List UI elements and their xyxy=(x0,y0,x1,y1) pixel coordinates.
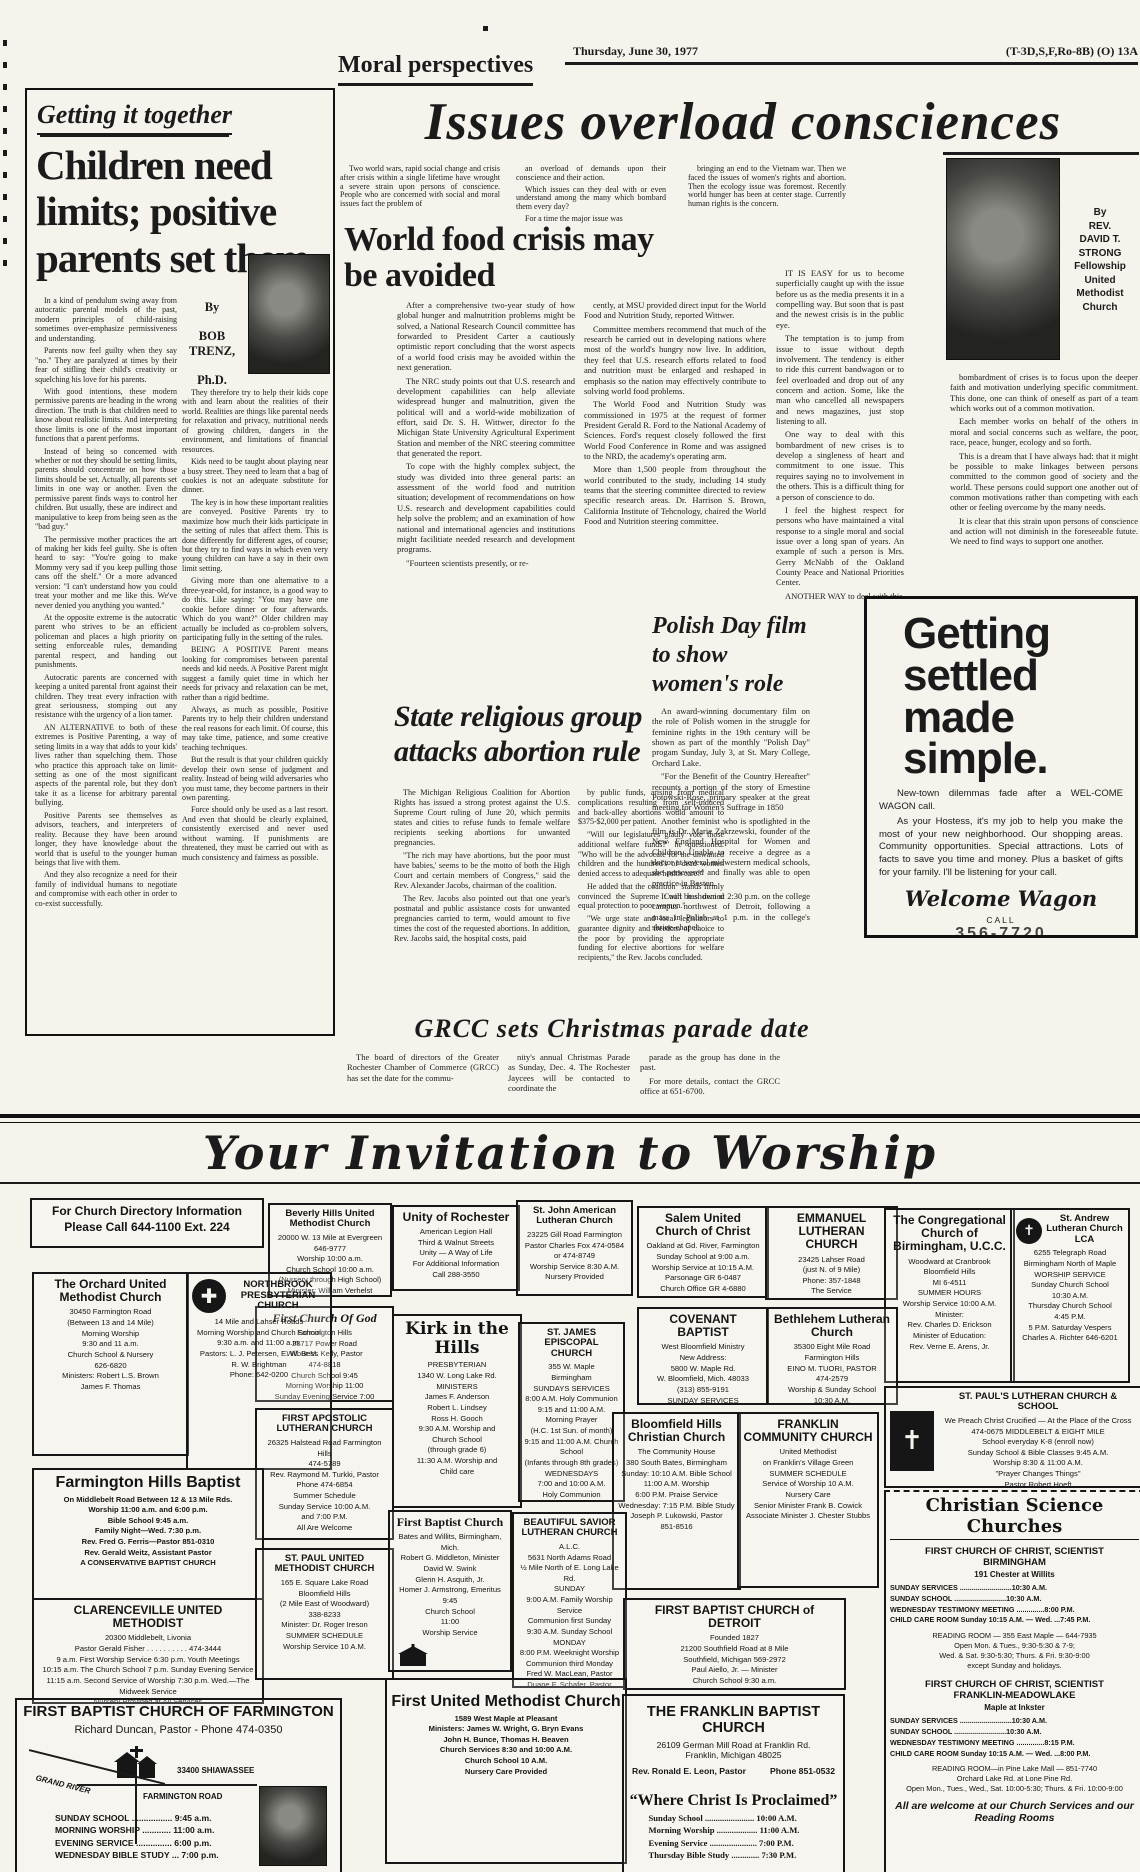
paragraph: It will be shown at 2:30 p.m. on the col… xyxy=(652,891,810,932)
text-line: 851-8516 xyxy=(618,1522,735,1533)
paragraph: Instead of being so concerned with wheth… xyxy=(35,447,177,532)
text-line: 165 E. Square Lake Road xyxy=(261,1578,388,1589)
text-line: 8:00 A.M. Holy Communion xyxy=(524,1394,619,1405)
text-line: 21200 Southfield Road at 8 Mile xyxy=(629,1644,840,1655)
text-line: Wed. & Sat. 9:30-5:30; Thurs. & Fri. 9:3… xyxy=(890,1651,1139,1661)
strong-credit: ByREV.DAVID T.STRONGFellowshipUnitedMeth… xyxy=(1062,206,1138,314)
text-line: Nursery Provided xyxy=(522,1272,627,1283)
text-line: 5 P.M. Saturday Vespers xyxy=(1016,1323,1124,1334)
text-line: except Sunday and holidays. xyxy=(890,1661,1139,1671)
text-line: Bates and Willits, Birmingham, Mich. xyxy=(394,1532,506,1553)
text-line: (through grade 6) xyxy=(398,1445,516,1456)
text-line: 5631 North Adams Road xyxy=(518,1553,621,1564)
church-covenant-baptist: COVENANT BAPTIST West Bloomfield Ministr… xyxy=(637,1307,769,1405)
text-line: 5800 W. Maple Rd. xyxy=(643,1364,763,1375)
church-emmanuel-lutheran: EMMANUEL LUTHERAN CHURCH 23425 Lahser Ro… xyxy=(765,1206,898,1300)
text-line: Ross H. Gooch xyxy=(398,1414,516,1425)
paragraph: The temptation is to jump from issue to … xyxy=(776,333,904,426)
article-children-need-limits: Getting it together Children need limits… xyxy=(25,88,335,1036)
text-line: Wednesday: 7:15 P.M. Bible Study xyxy=(618,1501,735,1512)
text-line: The Community House xyxy=(618,1447,735,1458)
text-line: 30450 Farmington Road xyxy=(38,1307,183,1318)
article-kicker: Getting it together xyxy=(37,100,232,135)
text-line: W. Bloomfield, Mich. 48033 xyxy=(643,1374,763,1385)
text-line: EVENING SERVICE ............... 6:00 p.m… xyxy=(55,1837,230,1849)
text-line: 7:00 and 10:00 A.M. xyxy=(524,1479,619,1490)
text-line: 10:30 A.M. xyxy=(772,1396,892,1406)
text-line: STRONG xyxy=(1062,247,1138,261)
text-line: Minister: Dr. Roger Ireson xyxy=(261,1620,388,1631)
text-line: and 7:00 P.M. xyxy=(261,1512,388,1523)
text-line: SUNDAY SCHOOL ..........................… xyxy=(890,1594,1139,1605)
text-line: 9:15 and 11:00 A.M. Morning Prayer xyxy=(524,1405,619,1426)
christian-science-header: Christian Science Churches xyxy=(890,1495,1139,1540)
paragraph: The Michigan Religious Coalition for Abo… xyxy=(394,788,570,848)
paragraph: The World Food and Nutrition Study was c… xyxy=(584,399,766,461)
text-line: Worship 8:30 & 11:00 A.M. xyxy=(940,1458,1136,1469)
text-line: 9:00 A.M. Family Worship Service xyxy=(518,1595,621,1616)
paragraph: An award-winning documentary film on the… xyxy=(652,706,810,768)
polish-headline: Polish Day film to show women's role xyxy=(652,612,820,698)
st-pauls-cross-icon: ✝ xyxy=(890,1411,934,1471)
text-line: Founded 1827 xyxy=(629,1633,840,1644)
church-bloomfield-hills-christian: Bloomfield Hills Christian Church The Co… xyxy=(612,1412,741,1590)
text-line: WORSHIP SERVICE xyxy=(1016,1270,1124,1281)
text-line: James F. Thomas xyxy=(38,1382,183,1393)
text-line: SUMMER SCHEDULE xyxy=(743,1469,873,1480)
text-line: MORNING WORSHIP ............ 11:00 a.m. xyxy=(55,1824,230,1836)
text-line: Thursday Bible Study ............. 7:30 … xyxy=(649,1849,819,1861)
text-line: New Address: xyxy=(643,1353,763,1364)
paragraph: Another feminist who is spotlighted in t… xyxy=(652,816,810,889)
church-franklin-baptist: THE FRANKLIN BAPTIST CHURCH 26109 German… xyxy=(622,1694,845,1872)
text-line: Nursery Care xyxy=(743,1490,873,1501)
issues-intro-col1: Two world wars, rapid social change and … xyxy=(340,165,500,223)
text-line: Methodist xyxy=(1062,287,1138,301)
text-line: Charles A. Richter 646-6201 xyxy=(1016,1333,1124,1344)
text-line: 9:30 A.M. Sunday School xyxy=(518,1627,621,1638)
paragraph: To cope with the highly complex subject,… xyxy=(397,461,575,554)
text-line: Church School 9:30 a.m. xyxy=(629,1676,840,1687)
text-line: Ministers: Robert L.S. Brown xyxy=(38,1371,183,1382)
text-line: Nursery Care Provided xyxy=(391,1767,621,1778)
church-st-john-american-lutheran: St. John American Lutheran Church 23225 … xyxy=(516,1200,633,1296)
church-salem-ucc: Salem United Church of Christ Oakland at… xyxy=(637,1206,769,1298)
paragraph: But the result is that your children qui… xyxy=(182,755,328,802)
text-line: Bloomfield Hills xyxy=(261,1589,388,1600)
food-col1: After a comprehensive two-year study of … xyxy=(397,300,575,664)
ad-para2: As your Hostess, it's my job to help you… xyxy=(879,816,1123,880)
text-line: ½ Mile North of E. Long Lake Rd. xyxy=(518,1563,621,1584)
text-line: School everyday K-8 (enroll now) xyxy=(940,1437,1136,1448)
paragraph: cently, at MSU provided direct input for… xyxy=(584,300,766,321)
text-line: Worship 10:00 a.m. xyxy=(274,1254,386,1265)
fbcf-schedule: SUNDAY SCHOOL ................. 9:45 a.m… xyxy=(55,1812,230,1862)
text-line: Birmingham North of Maple xyxy=(1016,1259,1124,1270)
newspaper-page: { "page": { "date": "Thursday, June 30, … xyxy=(0,0,1140,1872)
print-dot xyxy=(483,26,488,31)
church-farmington-hills-baptist: Farmington Hills Baptist On Middlebelt R… xyxy=(32,1468,264,1600)
text-line: Minister: xyxy=(890,1310,1009,1321)
grand-river-label: GRAND RIVER xyxy=(35,1773,92,1795)
text-line: (just N. of 9 Mile) xyxy=(771,1265,892,1276)
text-line: SUNDAY xyxy=(518,1584,621,1595)
paragraph: The NRC study points out that U.S. resea… xyxy=(397,376,575,459)
paragraph: Each member works on behalf of the other… xyxy=(950,416,1138,447)
strong-photo xyxy=(946,158,1060,360)
welcome-wagon-logo: Welcome Wagon xyxy=(867,886,1135,911)
paragraph: bombardment of crises is to focus upon t… xyxy=(950,372,1138,413)
church-st-pauls-lutheran-school: ✝ ST. PAUL'S LUTHERAN CHURCH & SCHOOL We… xyxy=(884,1386,1140,1488)
text-line: On Middlebelt Road Between 12 & 13 Mile … xyxy=(38,1495,258,1506)
text-line: 626-6820 xyxy=(38,1361,183,1372)
text-line: 9:30 and 11 a.m. xyxy=(38,1339,183,1350)
text-line: SUNDAY SERVICES ........................… xyxy=(890,1583,1139,1594)
text-line: Worship 11:00 a.m. and 6:00 p.m. xyxy=(38,1505,258,1516)
text-line: (Infants through 8th grades) xyxy=(524,1458,619,1469)
article-column-2: They therefore try to help their kids co… xyxy=(182,388,328,1022)
text-line: 10:30 A.M. xyxy=(1016,1291,1124,1302)
text-line: Phone 474-6854 xyxy=(261,1480,388,1491)
text-line: Birmingham xyxy=(524,1373,619,1384)
text-line: SUNDAYS SERVICES xyxy=(524,1384,619,1395)
paragraph: This is a dream that I have always had: … xyxy=(950,451,1138,513)
ad-body: New-town dilemmas fade after a WEL-COME … xyxy=(867,780,1135,880)
text-line: 355 W. Maple xyxy=(524,1362,619,1373)
text-line: Glenn H. Asquith, Jr. xyxy=(394,1575,506,1586)
text-line: MI 6-4511 xyxy=(890,1278,1009,1289)
church-first-baptist-farmington: FIRST BAPTIST CHURCH OF FARMINGTON Richa… xyxy=(15,1698,342,1872)
text-line: Minister of Education: xyxy=(890,1331,1009,1342)
franklin-schedule: Sunday School ....................... 10… xyxy=(649,1812,819,1862)
text-line: Thursday Church School xyxy=(1016,1301,1124,1312)
photo-top-rule xyxy=(943,152,1139,155)
text-line: WEDNESDAY TESTIMONY MEETING ............… xyxy=(890,1738,1139,1749)
text-line: 11:00 xyxy=(394,1617,506,1628)
paragraph: The key is in how these important realit… xyxy=(182,498,328,574)
text-line: Bible School 9:45 a.m. xyxy=(38,1516,258,1527)
text-line: 26325 Halstead Road Farmington Hills xyxy=(261,1438,388,1459)
welcome-wagon-ad: Gettingsettledmadesimple. New-town dilem… xyxy=(864,596,1138,938)
paragraph: parade as the group has done in the past… xyxy=(640,1052,780,1073)
farmington-road-label: FARMINGTON ROAD xyxy=(143,1792,222,1801)
paragraph: At the opposite extreme is the autocrati… xyxy=(35,613,177,670)
text-line: 380 South Bates, Birmingham xyxy=(618,1458,735,1469)
text-line: SUNDAY SCHOOL ................. 9:45 a.m… xyxy=(55,1812,230,1824)
abortion-headline: State religious group attacks abortion r… xyxy=(394,700,679,770)
moral-kicker: Moral perspectives xyxy=(338,52,533,86)
text-line: 9:30 AM xyxy=(771,1297,892,1300)
text-line: Service of Worship 10 A.M. xyxy=(743,1479,873,1490)
text-line: Senior Minister Frank B. Cowick xyxy=(743,1501,873,1512)
paragraph: IT IS EASY for us to become superficiall… xyxy=(776,268,904,330)
text-line: Farmington Hills xyxy=(772,1353,892,1364)
text-line: CHILD CARE ROOM Sunday 10:15 A.M. — Wed.… xyxy=(890,1749,1139,1760)
church-st-andrew-lutheran: ✝ St. Andrew Lutheran Church LCA 6255 Te… xyxy=(1010,1208,1130,1383)
text-line: Church School & Nursery xyxy=(38,1350,183,1361)
text-line: Child care xyxy=(398,1467,516,1478)
text-line: 20300 Middlebelt, Livonia xyxy=(38,1633,258,1644)
church-first-baptist-birmingham: First Baptist Church Bates and Willits, … xyxy=(388,1510,512,1672)
text-line: David W. Swink xyxy=(394,1564,506,1575)
text-line: Worship & Sunday School xyxy=(772,1385,892,1396)
shiawassee-road-line xyxy=(77,1784,257,1786)
text-line: Phone: 642-0200 xyxy=(192,1370,326,1381)
paragraph: Parents now feel guilty when they say "n… xyxy=(35,346,177,384)
church-clarenceville-umc: CLARENCEVILLE UNITED METHODIST 20300 Mid… xyxy=(32,1598,264,1704)
paragraph: Autocratic parents are concerned with ke… xyxy=(35,673,177,720)
paragraph: "The rich may have abortions, but the po… xyxy=(394,851,570,891)
paragraph: In a kind of pendulum swing away from au… xyxy=(35,296,177,343)
text-line: 14 Mile and Lahser Roads xyxy=(192,1317,326,1328)
text-line: 338-8233 xyxy=(261,1610,388,1621)
text-line: "Prayer Changes Things" xyxy=(940,1469,1136,1480)
text-line: 1340 W. Long Lake Rd. xyxy=(398,1371,516,1382)
text-line: Worship Service 10:00 A.M. xyxy=(890,1299,1009,1310)
text-line: R. W. Brightman xyxy=(192,1360,326,1371)
text-line: Ministers: James W. Wright, G. Bryn Evan… xyxy=(391,1724,621,1735)
text-line: United xyxy=(1062,274,1138,288)
text-line: 9:30 a.m. and 11:00 a.m. xyxy=(192,1338,326,1349)
worship-header-rule xyxy=(0,1182,1140,1184)
text-line: 35300 Eight Mile Road xyxy=(772,1342,892,1353)
ad-call-label: CALL xyxy=(867,915,1135,925)
text-line: SUNDAY SERVICES xyxy=(643,1396,763,1406)
text-line: Family Night—Wed. 7:30 p.m. xyxy=(38,1526,258,1537)
text-line: WEDNESDAY TESTIMONY MEETING ............… xyxy=(890,1605,1139,1616)
text-line: 10:15 a.m. The Church School 7 p.m. Sund… xyxy=(38,1665,258,1676)
text-line: Robert L. Lindsey xyxy=(398,1403,516,1414)
worship-header: Your Invitation to Worship xyxy=(200,1126,940,1180)
grcc-col3: parade as the group has done in the past… xyxy=(640,1052,780,1112)
text-line: Parsonage GR 6-0487 xyxy=(643,1273,763,1284)
paragraph: After a comprehensive two-year study of … xyxy=(397,300,575,373)
paragraph: Positive Parents see themselves as advis… xyxy=(35,811,177,868)
text-line: (H.C. 1st Sun. of month) xyxy=(524,1426,619,1437)
st-andrew-emblem-icon: ✝ xyxy=(1016,1218,1042,1244)
issues-intro-col3: bringing an end to the Vietnam war. Then… xyxy=(688,165,846,259)
text-line: Carl H. Scheltz, Minister xyxy=(643,1295,763,1299)
church-bethlehem-lutheran: Bethlehem Lutheran Church 35300 Eight Mi… xyxy=(766,1307,898,1405)
text-line: Evening Service ...................... 7… xyxy=(649,1837,819,1849)
franklin-pastor: Rev. Ronald E. Leon, Pastor xyxy=(632,1766,746,1776)
text-line: 9:15 and 11:00 A.M. Church School xyxy=(524,1437,619,1458)
text-line: 474-0675 MIDDLEBELT & EIGHT MILE xyxy=(940,1427,1136,1438)
text-line: 4:45 P.M. xyxy=(1016,1312,1124,1323)
text-line: A.L.C. xyxy=(518,1542,621,1553)
text-line: Paul Aiello, Jr. — Minister xyxy=(629,1665,840,1676)
paragraph: AN ALTERNATIVE to both of these extremes… xyxy=(35,723,177,808)
article-column-1: In a kind of pendulum swing away from au… xyxy=(35,296,177,1026)
text-line: Rev. Verne E. Arens, Jr. xyxy=(890,1342,1009,1353)
text-line: Church School xyxy=(394,1607,506,1618)
text-line: American Legion Hall xyxy=(398,1227,514,1238)
article-byline: ByBOB TRENZ,Ph.D. xyxy=(180,300,244,402)
text-line: Call 288-3550 xyxy=(398,1270,514,1281)
section-divider xyxy=(0,1114,1140,1123)
text-line: All Are Welcome xyxy=(261,1523,388,1534)
paragraph: Which issues can they deal with or even … xyxy=(516,186,666,212)
paragraph: Always, as much as possible, Positive Pa… xyxy=(182,705,328,752)
text-line: Orchard Lake Rd. at Lone Pine Rd. xyxy=(890,1774,1139,1784)
page-date: Thursday, June 30, 1977 xyxy=(573,44,698,59)
paragraph: I feel the highest respect for persons w… xyxy=(776,505,904,588)
directory-info-box: For Church Directory Information Please … xyxy=(30,1198,264,1248)
paragraph: BEING A POSITIVE Parent means looking fo… xyxy=(182,645,328,702)
text-line: Sunday Church School xyxy=(1016,1280,1124,1291)
map-address-label: 33400 SHIAWASSEE xyxy=(177,1766,254,1775)
church-st-james-episcopal: ST. JAMES EPISCOPAL CHURCH 355 W. MapleB… xyxy=(518,1322,625,1502)
text-line: The Service xyxy=(771,1286,892,1297)
text-line: Pastor Robert Hoeft xyxy=(940,1480,1136,1488)
text-line: Worship Celebration 11:00 a.m. xyxy=(629,1687,840,1691)
text-line: Worship Service xyxy=(394,1628,506,1639)
text-line: Associate Minister J. Chester Stubbs xyxy=(743,1511,873,1522)
paragraph: More than 1,500 people from throughout t… xyxy=(584,464,766,526)
text-line: West Bloomfield Ministry xyxy=(643,1342,763,1353)
text-line: Woodward at Cranbrook xyxy=(890,1257,1009,1268)
text-line: Sunday School ....................... 10… xyxy=(649,1812,819,1824)
franklin-phone: Phone 851-0532 xyxy=(770,1766,835,1776)
text-line: Church School 10 A.M. xyxy=(391,1756,621,1767)
text-line: Robert G. Middleton, Minister xyxy=(394,1553,506,1564)
directory-info-line1: For Church Directory Information xyxy=(36,1203,258,1219)
text-line: (Between 13 and 14 Mile) xyxy=(38,1318,183,1329)
paragraph: It is clear that this strain upon person… xyxy=(950,516,1138,547)
paragraph: "For the Benefit of the Country Hereafte… xyxy=(652,771,810,812)
text-line: Church Office GR 4-6880 xyxy=(643,1284,763,1295)
paragraph: For more details, contact the GRCC offic… xyxy=(640,1076,780,1097)
header-rule xyxy=(565,62,1138,65)
text-line: Summer Schedule xyxy=(261,1491,388,1502)
text-line: 11:00 A.M. Worship xyxy=(618,1479,735,1490)
text-line: For Additional Information xyxy=(398,1259,514,1270)
church-christian-science: Christian Science Churches FIRST CHURCH … xyxy=(884,1490,1140,1872)
text-line: Church School xyxy=(398,1435,516,1446)
text-line: Morning Worship and Church School xyxy=(192,1328,326,1339)
text-line: READING ROOM — 355 East Maple — 644-7935 xyxy=(890,1631,1139,1641)
text-line: Communion third Monday xyxy=(518,1659,621,1670)
text-line: 6255 Telegraph Road xyxy=(1016,1248,1124,1259)
text-line: Southfield, Michigan 569-2972 xyxy=(629,1655,840,1666)
paragraph: "Fourteen scientists presently, or re- xyxy=(397,558,575,568)
text-line: Sunday School & Bible Classes 9:45 A.M. xyxy=(940,1448,1136,1459)
duncan-pastor-photo xyxy=(259,1786,327,1866)
text-line: Sunday School at 9:00 a.m. xyxy=(643,1252,763,1263)
text-line: CHILD CARE ROOM Sunday 10:15 A.M. — Wed.… xyxy=(890,1615,1139,1626)
church-congregational-birmingham: The Congregational Church of Birmingham,… xyxy=(884,1208,1015,1383)
text-line: Worship Service at 10:15 A.M. xyxy=(643,1263,763,1274)
text-line: 11:15 a.m. Second Service of Worship 7:3… xyxy=(38,1676,258,1697)
text-line: REV. xyxy=(1062,220,1138,234)
paragraph: The permissive mother practices the art … xyxy=(35,535,177,611)
church-first-apostolic-lutheran: FIRST APOSTOLIC LUTHERAN CHURCH 26325 Ha… xyxy=(255,1408,394,1540)
text-line: Communion first Sunday xyxy=(518,1616,621,1627)
text-line: Phone: 357-1848 xyxy=(771,1276,892,1287)
text-line: DAVID T. xyxy=(1062,233,1138,247)
text-line: made xyxy=(903,697,1135,739)
text-line: Fellowship xyxy=(1062,260,1138,274)
text-line: 474-2579 xyxy=(772,1374,892,1385)
church-first-united-methodist: First United Methodist Church 1589 West … xyxy=(385,1678,627,1864)
text-line: Morning Worship xyxy=(38,1329,183,1340)
edition-code: (T-3D,S,F,Ro-8B) (O) 13A xyxy=(930,44,1138,59)
text-line: 474-5789 xyxy=(261,1459,388,1470)
text-line: on Franklin's Village Green xyxy=(743,1458,873,1469)
church-kirk-in-the-hills: Kirk in the Hills PRESBYTERIAN1340 W. Lo… xyxy=(392,1314,522,1508)
text-line: Sunday: 10:10 A.M. Bible School xyxy=(618,1469,735,1480)
directory-info-line2: Please Call 644-1100 Ext. 224 xyxy=(36,1219,258,1235)
issues-intro-col2: an overload of demands upon their consci… xyxy=(516,165,666,223)
binding-marks xyxy=(3,40,7,280)
text-line: By xyxy=(1062,206,1138,220)
text-line: Oakland at Gd. River, Farmington xyxy=(643,1241,763,1252)
paragraph: Committee members recommend that much of… xyxy=(584,324,766,397)
text-line: Church xyxy=(1062,301,1138,315)
northbrook-logo-icon: ✚ xyxy=(192,1279,226,1313)
text-line: READING ROOM—in Pine Lake Mall — 851-774… xyxy=(890,1764,1139,1774)
text-line: Pastors: L. J. Petersen, E. W. Bess xyxy=(192,1349,326,1360)
text-line: 6:00 P.M. Praise Service xyxy=(618,1490,735,1501)
christian-science-closing: All are welcome at our Church Services a… xyxy=(890,1800,1139,1824)
text-line: Pastor Charles Fox 474-0584 or 474-8749 xyxy=(522,1241,627,1262)
paragraph: Force should only be used as a last reso… xyxy=(182,805,328,862)
paragraph: Giving more than one alternative to a th… xyxy=(182,576,328,642)
text-line: SUNDAY SCHOOL ..........................… xyxy=(890,1727,1139,1738)
text-line: Pastor Gerald Fisher . . . . . . . . . .… xyxy=(38,1644,258,1655)
text-line: (313) 855-9191 xyxy=(643,1385,763,1396)
church-first-baptist-detroit: FIRST BAPTIST CHURCH of DETROIT Founded … xyxy=(623,1598,846,1690)
text-line: Church Services 8:30 and 10:00 A.M. xyxy=(391,1745,621,1756)
church-unity-of-rochester: Unity of Rochester American Legion HallT… xyxy=(392,1205,520,1291)
paragraph: Kids need to be taught about playing nea… xyxy=(182,457,328,495)
text-line: 11:30 A.M. Worship and xyxy=(398,1456,516,1467)
church-st-paul-umc: ST. PAUL UNITED METHODIST CHURCH 165 E. … xyxy=(255,1548,394,1680)
church-building-icon xyxy=(396,1644,430,1666)
text-line: MONDAY xyxy=(518,1638,621,1649)
text-line: Unity — A Way of Life xyxy=(398,1248,514,1259)
text-line: Rev. Raymond M. Turkki, Pastor xyxy=(261,1470,388,1481)
text-line: Homer J. Armstrong, Emeritus xyxy=(394,1585,506,1596)
text-line: 8:00 P.M. Weeknight Worship xyxy=(518,1648,621,1659)
text-line: Third & Walnut Streets xyxy=(398,1238,514,1249)
text-line: We Preach Christ Crucified — At the Plac… xyxy=(940,1416,1136,1427)
text-line: Joseph P. Lukowski, Pastor xyxy=(618,1511,735,1522)
text-line: A CONSERVATIVE BAPTIST CHURCH xyxy=(38,1558,258,1569)
text-line: BOB TRENZ, xyxy=(180,329,244,359)
paragraph: With good intentions, these modern permi… xyxy=(35,387,177,444)
text-line: EINO M. TUORI, PASTOR xyxy=(772,1364,892,1375)
text-line: Bloomfield Hills xyxy=(890,1267,1009,1278)
text-line: Ph.D. xyxy=(180,373,244,388)
text-line: Rev. Gerald Weitz, Assistant Pastor xyxy=(38,1548,258,1559)
grcc-headline: GRCC sets Christmas parade date xyxy=(412,1014,812,1044)
text-line: Open Mon. & Tues., 9:30-5:30 & 7-9; xyxy=(890,1641,1139,1651)
text-line: simple. xyxy=(903,738,1135,780)
text-line: WEDNESDAY BIBLE STUDY ... 7:00 p.m. xyxy=(55,1849,230,1861)
text-line: Getting xyxy=(903,613,1135,655)
trenz-photo xyxy=(248,254,330,374)
text-line: James F. Anderson xyxy=(398,1392,516,1403)
text-line: Worship Service 10 A.M. xyxy=(261,1642,388,1653)
text-line: Holy Communion xyxy=(524,1490,619,1501)
text-line: Rev. Charles D. Erickson xyxy=(890,1320,1009,1331)
church-beautiful-savior-lutheran: BEAUTIFUL SAVIOR LUTHERAN CHURCH A.L.C.5… xyxy=(512,1512,627,1688)
paragraph: The Rev. Jacobs also pointed out that on… xyxy=(394,894,570,944)
text-line: (2 Mile East of Woodward) xyxy=(261,1599,388,1610)
paragraph: an overload of demands upon their consci… xyxy=(516,165,666,183)
church-orchard-umc: The Orchard United Methodist Church 3045… xyxy=(32,1272,189,1456)
